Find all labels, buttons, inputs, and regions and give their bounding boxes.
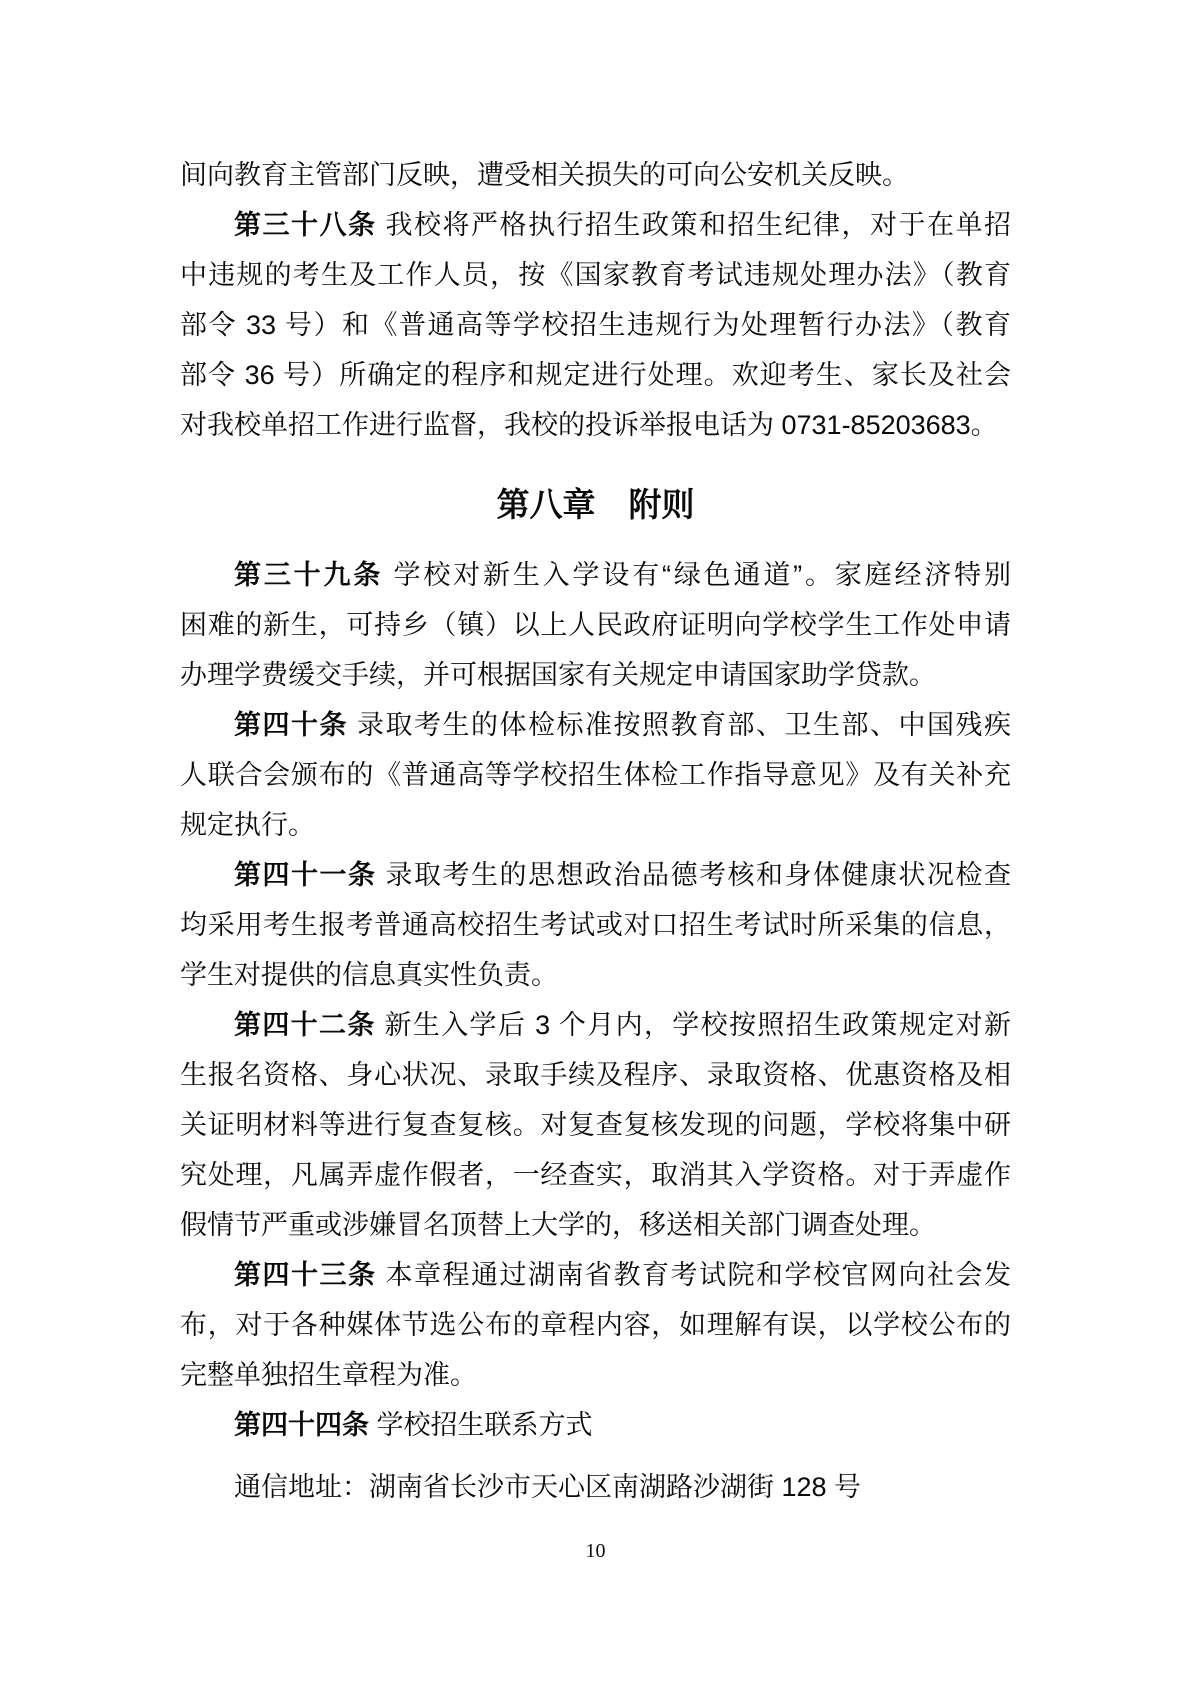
text-line: 关证明材料等进行复查复核。对复查复核发现的问题，学校将集中研 <box>180 1100 1011 1150</box>
text-line: 第四十条 录取考生的体检标准按照教育部、卫生部、中国残疾 <box>180 700 1011 750</box>
text-line: 中违规的考生及工作人员，按《国家教育考试违规处理办法》（教育 <box>180 250 1011 300</box>
text-line: 生报名资格、身心状况、录取手续及程序、录取资格、优惠资格及相 <box>180 1050 1011 1100</box>
text-line: 人联合会颁布的《普通高等学校招生体检工作指导意见》及有关补充 <box>180 750 1011 800</box>
text-line: 第四十二条 新生入学后 3 个月内，学校按照招生政策规定对新 <box>180 1000 1011 1050</box>
text-line: 部令 36 号）所确定的程序和规定进行处理。欢迎考生、家长及社会 <box>180 350 1011 400</box>
text-line: 第四十一条 录取考生的思想政治品德考核和身体健康状况检查 <box>180 850 1011 900</box>
text-line: 困难的新生，可持乡（镇）以上人民政府证明向学校学生工作处申请 <box>180 600 1011 650</box>
text-line: 办理学费缓交手续，并可根据国家有关规定申请国家助学贷款。 <box>180 650 1011 700</box>
text-line: 第四十四条 学校招生联系方式 <box>180 1400 1011 1450</box>
text-line: 布，对于各种媒体节选公布的章程内容，如理解有误，以学校公布的 <box>180 1300 1011 1350</box>
article-number: 第四十四条 <box>234 1410 369 1440</box>
page-number: 10 <box>0 1536 1191 1566</box>
chapter-heading: 第八章 附则 <box>180 480 1011 530</box>
article-number: 第三十八条 <box>234 210 377 240</box>
text-line: 学生对提供的信息真实性负责。 <box>180 950 1011 1000</box>
article-number: 第三十九条 <box>234 560 383 590</box>
article-number: 第四十二条 <box>234 1010 376 1040</box>
text-line: 第三十八条 我校将严格执行招生政策和招生纪律，对于在单招 <box>180 200 1011 250</box>
text-line: 假情节严重或涉嫌冒名顶替上大学的，移送相关部门调查处理。 <box>180 1200 1011 1250</box>
article-number: 第四十三条 <box>234 1260 377 1290</box>
text-line: 究处理，凡属弄虚作假者，一经查实，取消其入学资格。对于弄虚作 <box>180 1150 1011 1200</box>
text-line: 第三十九条 学校对新生入学设有“绿色通道”。家庭经济特别 <box>180 550 1011 600</box>
article-number: 第四十一条 <box>234 860 377 890</box>
text-line: 部令 33 号）和《普通高等学校招生违规行为处理暂行办法》（教育 <box>180 300 1011 350</box>
text-line: 均采用考生报考普通高校招生考试或对口招生考试时所采集的信息， <box>180 900 1011 950</box>
text-line: 完整单独招生章程为准。 <box>180 1350 1011 1400</box>
text-line: 规定执行。 <box>180 800 1011 850</box>
document-body: 间向教育主管部门反映，遭受相关损失的可向公安机关反映。第三十八条 我校将严格执行… <box>180 150 1011 1512</box>
article-number: 第四十条 <box>234 710 348 740</box>
document-page: 间向教育主管部门反映，遭受相关损失的可向公安机关反映。第三十八条 我校将严格执行… <box>0 0 1191 1684</box>
text-line: 第四十三条 本章程通过湖南省教育考试院和学校官网向社会发 <box>180 1250 1011 1300</box>
text-line: 通信地址：湖南省长沙市天心区南湖路沙湖街 128 号 <box>180 1462 1011 1512</box>
text-line: 对我校单招工作进行监督，我校的投诉举报电话为 0731-85203683。 <box>180 400 1011 450</box>
text-line: 间向教育主管部门反映，遭受相关损失的可向公安机关反映。 <box>180 150 1011 200</box>
